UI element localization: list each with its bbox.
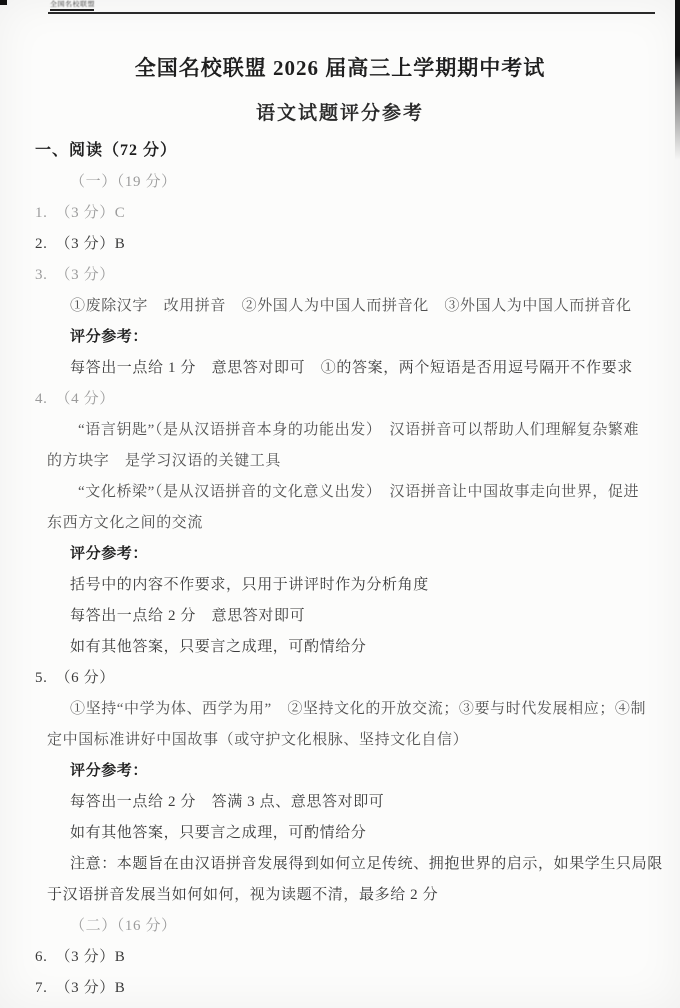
- doc-line-18: 5. （6 分）: [0, 665, 668, 696]
- doc-line-7: 评分参考：: [0, 324, 668, 355]
- doc-line-3: 1. （3 分）C: [0, 200, 668, 231]
- doc-line-17: 如有其他答案，只要言之成理，可酌情给分: [0, 634, 668, 665]
- header-stamp-underline: [50, 9, 94, 11]
- doc-line-25: 于汉语拼音发展当如何如何，视为读题不清，最多给 2 分: [0, 882, 668, 913]
- doc-line-5: 3. （3 分）: [0, 262, 668, 293]
- doc-line-4: 2. （3 分）B: [0, 231, 668, 262]
- scanned-exam-page: 全国名校联盟 全国名校联盟 2026 届高三上学期期中考试 语文试题评分参考 一…: [0, 0, 680, 1008]
- scan-corner-artifact: [0, 0, 7, 5]
- doc-line-28: 7. （3 分）B: [0, 975, 668, 1006]
- doc-line-10: “语言钥匙”（是从汉语拼音本身的功能出发） 汉语拼音可以帮助人们理解复杂繁难: [0, 417, 668, 448]
- doc-line-9: 4. （4 分）: [0, 386, 668, 417]
- doc-line-11: 的方块字 是学习汉语的关键工具: [0, 448, 668, 479]
- doc-line-6: ①废除汉字 改用拼音 ②外国人为中国人而拼音化 ③外国人为中国人而拼音化: [0, 293, 668, 324]
- doc-line-27: 6. （3 分）B: [0, 944, 668, 975]
- doc-line-20: 定中国标准讲好中国故事（或守护文化根脉、坚持文化自信）: [0, 727, 668, 758]
- exam-title: 全国名校联盟 2026 届高三上学期期中考试: [0, 52, 680, 82]
- doc-line-19: ①坚持“中学为体、西学为用” ②坚持文化的开放交流；③要与时代发展相应；④制: [0, 696, 668, 727]
- doc-line-1: 一、阅读（72 分）: [0, 138, 668, 169]
- doc-line-13: 东西方文化之间的交流: [0, 510, 668, 541]
- doc-line-21: 评分参考：: [0, 758, 668, 789]
- doc-line-23: 如有其他答案，只要言之成理，可酌情给分: [0, 820, 668, 851]
- doc-line-2: （一）（19 分）: [0, 169, 668, 200]
- doc-line-22: 每答出一点给 2 分 答满 3 点、意思答对即可: [0, 789, 668, 820]
- doc-line-14: 评分参考：: [0, 541, 668, 572]
- doc-line-8: 每答出一点给 1 分 意思答对即可 ①的答案，两个短语是否用逗号隔开不作要求: [0, 355, 668, 386]
- doc-line-16: 每答出一点给 2 分 意思答对即可: [0, 603, 668, 634]
- doc-line-15: 括号中的内容不作要求，只用于讲评时作为分析角度: [0, 572, 668, 603]
- header-stamp-text: 全国名校联盟: [50, 1, 95, 7]
- doc-line-12: “文化桥梁”（是从汉语拼音的文化意义出发） 汉语拼音让中国故事走向世界，促进: [0, 479, 668, 510]
- answer-key-body: 一、阅读（72 分）（一）（19 分）1. （3 分）C2. （3 分）B3. …: [0, 138, 668, 1006]
- doc-line-24: 注意：本题旨在由汉语拼音发展得到如何立足传统、拥抱世界的启示，如果学生只局限: [0, 851, 668, 882]
- exam-subtitle: 语文试题评分参考: [0, 98, 680, 125]
- doc-line-26: （二）（16 分）: [0, 913, 668, 944]
- header-rule: [48, 12, 655, 14]
